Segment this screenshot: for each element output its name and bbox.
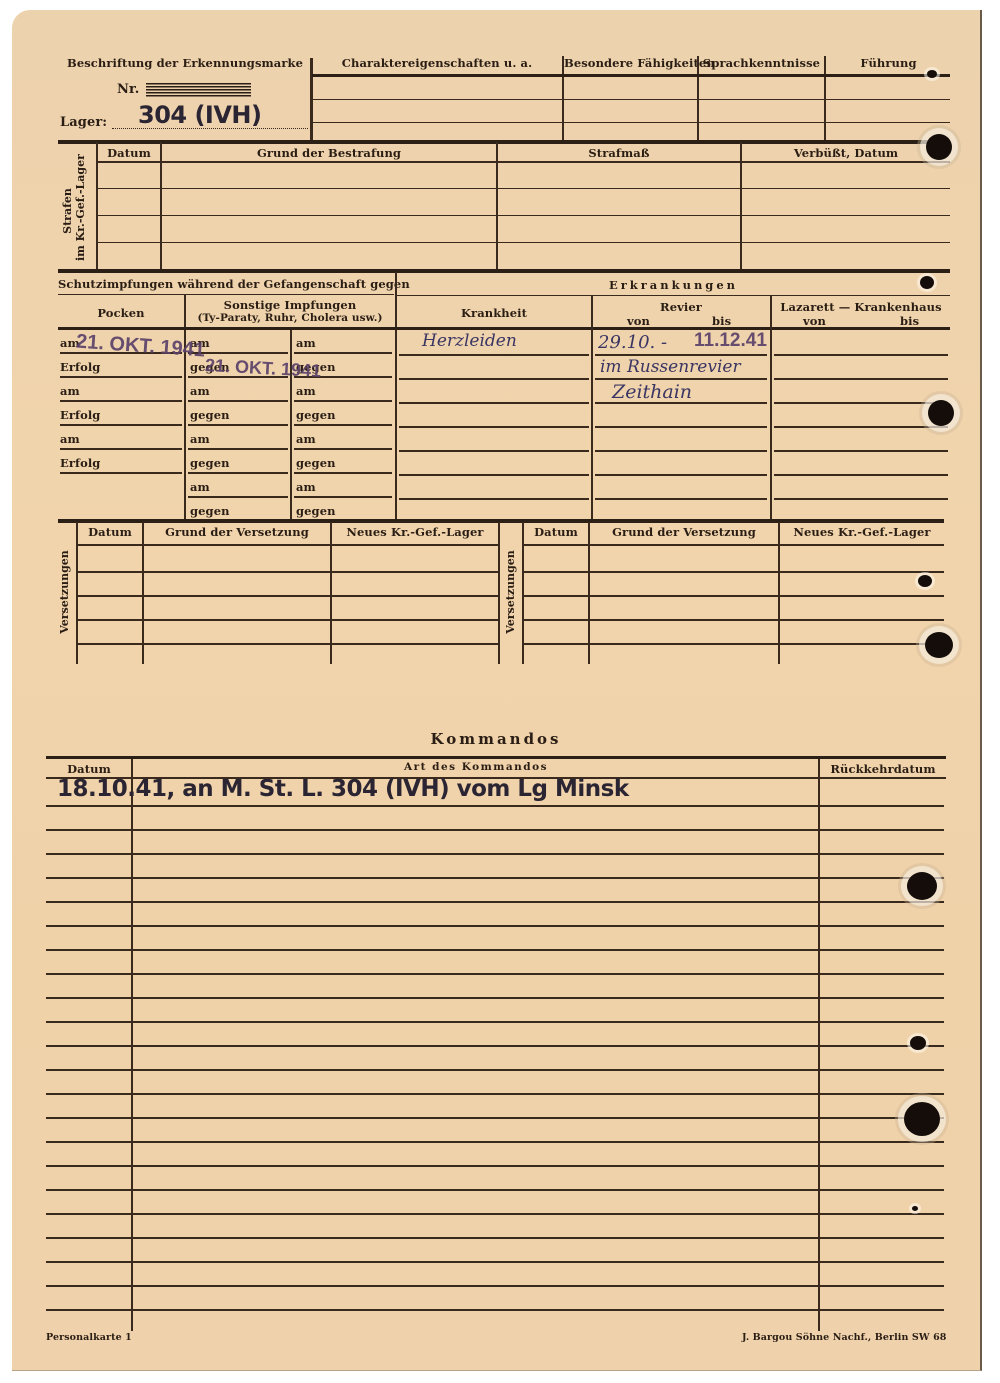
punch-hole [926, 134, 952, 160]
tag-label: Beschriftung der Erkennungsmarke [60, 56, 310, 70]
transfers-right-col-camp: Neues Kr.-Gef.-Lager [780, 525, 944, 539]
other-vaccine-row-label: am [296, 432, 316, 446]
col-kommando-return: Rückkehrdatum [820, 762, 946, 776]
illness-revier-from: 29.10. - [598, 332, 667, 353]
col-smallpox: Pocken [58, 306, 184, 320]
punch-hole [912, 1206, 918, 1211]
punch-hole [904, 1102, 940, 1136]
smallpox-row-label: Erfolg [60, 456, 100, 470]
col-abilities: Besondere Fähigkeiten [564, 56, 697, 70]
other-vaccine-row-label: gegen [296, 408, 336, 422]
other-vaccine-row-label: gegen [296, 456, 336, 470]
nr-redacted-value [146, 83, 251, 97]
vaccinations-title: Schutzimpfungen während der Gefangenscha… [58, 277, 394, 291]
other-vaccine-row-label: gegen [190, 456, 230, 470]
other-vaccine-row-label: am [296, 336, 316, 350]
col-hospital: Lazarett — Krankenhaus [772, 300, 950, 314]
punch-hole [927, 70, 937, 78]
col-character: Charaktereigenschaften u. a. [312, 56, 562, 70]
form-name: Personalkarte 1 [46, 1332, 132, 1343]
transfers-left-col-camp: Neues Kr.-Gef.-Lager [332, 525, 498, 539]
transfers-right-side-label: Versetzungen [504, 547, 518, 637]
lager-label: Lager: [60, 115, 107, 130]
transfers-left-col-reason: Grund der Versetzung [144, 525, 330, 539]
smallpox-row-label: am [60, 432, 80, 446]
col-hospital-to: bis [900, 314, 919, 328]
col-revier-to: bis [712, 314, 731, 328]
smallpox-row-label: am [60, 384, 80, 398]
col-punishment-reason: Grund der Bestrafung [162, 146, 496, 160]
other-vaccine-row-label: am [190, 480, 210, 494]
illness-note-ward: im Russenrevier [600, 357, 741, 377]
smallpox-row-label: Erfolg [60, 408, 100, 422]
punch-hole [918, 575, 932, 587]
other-vaccine-row-label: am [296, 384, 316, 398]
other-vaccine-row-label: am [190, 384, 210, 398]
smallpox-row-label: Erfolg [60, 360, 100, 374]
transfers-left-col-date: Datum [78, 525, 142, 539]
punch-hole [928, 400, 954, 426]
illness-disease: Herzleiden [422, 331, 517, 351]
illness-revier-to-stamp: 11.12.41 [694, 330, 767, 352]
illness-note-place: Zeithain [612, 381, 692, 403]
other-vaccine-row-label: am [190, 432, 210, 446]
punch-hole [910, 1036, 926, 1050]
col-punishment-served: Verbüßt, Datum [742, 146, 950, 160]
col-conduct: Führung [826, 56, 951, 70]
col-other-vaccines: Sonstige Impfungen [186, 298, 394, 312]
other-vaccine-row-label: gegen [296, 504, 336, 518]
transfers-right-col-date: Datum [524, 525, 588, 539]
col-revier-from: von [627, 314, 650, 328]
col-kommando-type: Art des Kommandos [134, 761, 818, 773]
col-other-vaccines-sub: (Ty-Paraty, Ruhr, Cholera usw.) [186, 312, 394, 324]
other-vaccine-row-label: gegen [190, 408, 230, 422]
lager-value: 304 (IVH) [138, 101, 261, 129]
punch-hole [920, 276, 934, 289]
col-revier: Revier [593, 300, 769, 314]
col-punishment-measure: Strafmaß [498, 146, 740, 160]
other-vaccine-row-label: am [296, 480, 316, 494]
kommandos-title: Kommandos [46, 730, 946, 748]
kommando-entry: 18.10.41, an M. St. L. 304 (IVH) vom Lg … [57, 776, 629, 802]
col-kommando-date: Datum [46, 762, 132, 776]
punch-hole [925, 632, 953, 658]
col-punishment-date: Datum [98, 146, 160, 160]
transfers-right-col-reason: Grund der Versetzung [590, 525, 778, 539]
col-disease: Krankheit [397, 306, 591, 320]
col-languages: Sprachkenntnisse [699, 56, 824, 70]
other-vaccine-row-label: gegen [190, 504, 230, 518]
col-hospital-from: von [803, 314, 826, 328]
nr-label: Nr. [117, 82, 139, 97]
illnesses-title: Erkrankungen [397, 278, 950, 292]
transfers-left-side-label: Versetzungen [58, 547, 72, 637]
punch-hole [907, 872, 937, 900]
punishments-side-label: Strafen im Kr.-Gef.-Lager [61, 161, 89, 261]
printer-imprint: J. Bargou Söhne Nachf., Berlin SW 68 [742, 1332, 947, 1343]
